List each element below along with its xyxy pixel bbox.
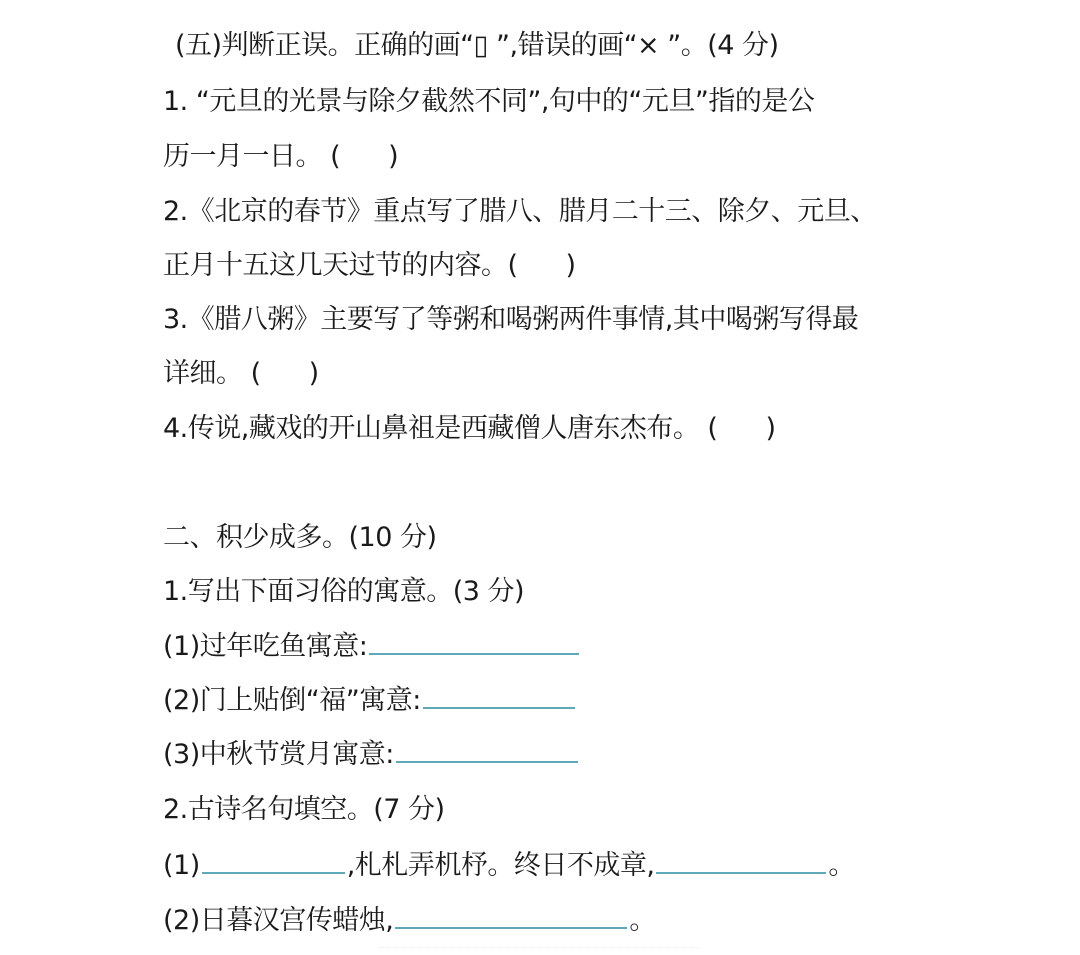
- fill-blank-5[interactable]: [656, 868, 826, 874]
- question-3-text: 详细。 (: [163, 358, 261, 389]
- question-1-line-2: 历一月一日。 (): [163, 139, 398, 175]
- poem-item-1: (1),札札弄机杼。终日不成章,。: [163, 848, 855, 884]
- poem-item-2-end: 。: [629, 905, 656, 936]
- poem-item-1-prefix: (1): [163, 850, 200, 881]
- custom-item-1-label: (1)过年吃鱼寓意:: [163, 631, 367, 662]
- question-3-line-2: 详细。 (): [163, 356, 319, 392]
- custom-item-2-label: (2)门上贴倒“福”寓意:: [163, 685, 421, 716]
- poem-item-2: (2)日暮汉宫传蜡烛,。: [163, 903, 656, 939]
- close-paren: ): [309, 358, 319, 389]
- question-2-line-2: 正月十五这几天过节的内容。(): [163, 248, 576, 284]
- custom-item-2: (2)门上贴倒“福”寓意:: [163, 683, 577, 719]
- custom-item-3-label: (3)中秋节赏月寓意:: [163, 739, 394, 770]
- cut-off-text-line: [380, 947, 700, 955]
- question-4-text: 4.传说,藏戏的开山鼻祖是西藏僧人唐东杰布。 (: [163, 413, 717, 444]
- question-1-text: 历一月一日。 (: [163, 141, 340, 172]
- fill-blank-3[interactable]: [396, 757, 578, 763]
- part-2-title: 2.古诗名句填空。(7 分): [163, 792, 445, 828]
- question-2-line-1: 2.《北京的春节》重点写了腊八、腊月二十三、除夕、元旦、: [163, 194, 877, 230]
- fill-blank-1[interactable]: [369, 649, 579, 655]
- section-5-heading: (五)判断正误。正确的画“▯ ”,错误的画“× ”。(4 分): [175, 28, 779, 64]
- poem-item-2-prefix: (2)日暮汉宫传蜡烛,: [163, 905, 393, 936]
- close-paren: ): [388, 141, 398, 172]
- part-1-title: 1.写出下面习俗的寓意。(3 分): [163, 574, 524, 610]
- close-paren: ): [566, 250, 576, 281]
- question-2-text: 正月十五这几天过节的内容。(: [163, 250, 518, 281]
- fill-blank-4[interactable]: [202, 868, 345, 874]
- question-3-line-1: 3.《腊八粥》主要写了等粥和喝粥两件事情,其中喝粥写得最: [163, 302, 858, 338]
- question-1-line-1: 1. “元旦的光景与除夕截然不同”,句中的“元旦”指的是公: [163, 84, 814, 120]
- custom-item-3: (3)中秋节赏月寓意:: [163, 737, 580, 773]
- poem-item-1-middle: ,札札弄机杼。终日不成章,: [347, 850, 655, 881]
- fill-blank-6[interactable]: [395, 923, 627, 929]
- close-paren: ): [765, 413, 775, 444]
- fill-blank-2[interactable]: [423, 703, 575, 709]
- question-4-line-1: 4.传说,藏戏的开山鼻祖是西藏僧人唐东杰布。 (): [163, 411, 776, 447]
- poem-item-1-end: 。: [828, 850, 855, 881]
- section-2-heading: 二、积少成多。(10 分): [163, 520, 437, 556]
- custom-item-1: (1)过年吃鱼寓意:: [163, 629, 581, 665]
